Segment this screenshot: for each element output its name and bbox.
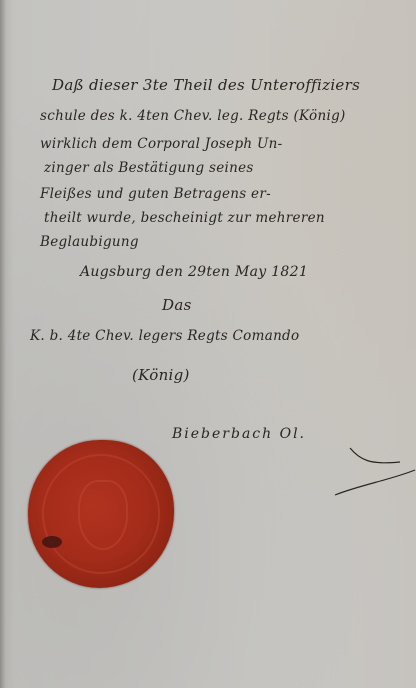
closing-word: Das [162,296,192,314]
regiment-name: (König) [132,366,190,384]
wax-seal [28,440,174,588]
binding-edge [0,0,6,688]
body-line-4: zinger als Bestätigung seines [44,160,254,176]
place-date: Augsburg den 29ten May 1821 [80,264,308,280]
body-line-1: Daß dieser 3te Theil des Unteroffiziers [52,76,360,94]
body-line-2: schule des k. 4ten Chev. leg. Regts (Kön… [40,108,346,124]
seal-crest-icon [78,480,128,550]
signature-flourish-icon [330,440,416,500]
unit-command: K. b. 4te Chev. legers Regts Comando [30,328,299,344]
body-line-3: wirklich dem Corporal Joseph Un- [40,136,283,152]
seal-blot [42,536,62,548]
body-line-5: Fleißes und guten Betragens er- [40,186,271,202]
signature: Bieberbach Ol. [172,426,306,442]
body-line-6: theilt wurde, bescheinigt zur mehreren [44,210,325,226]
body-line-7: Beglaubigung [40,234,139,250]
document-page: Daß dieser 3te Theil des Unteroffiziers … [0,0,416,688]
